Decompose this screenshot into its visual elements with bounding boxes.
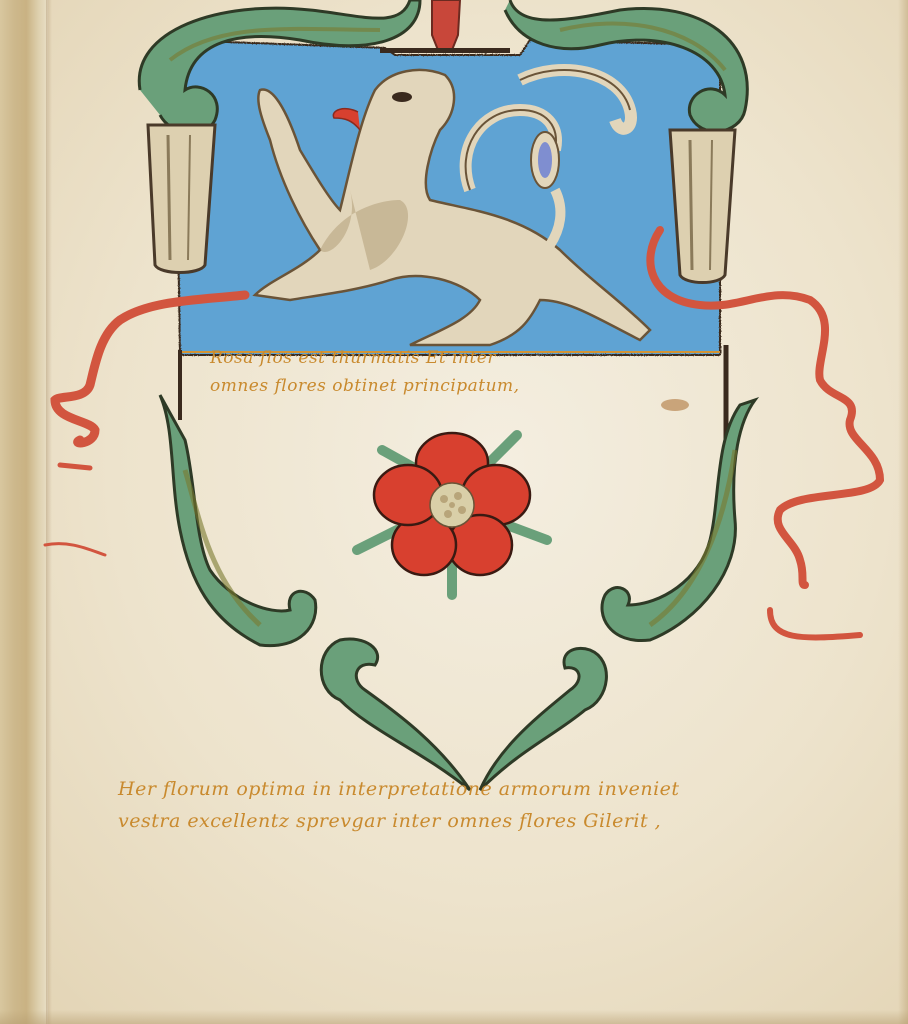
shield-motto-line-1: Rosa flos est thurmatis Et inter	[210, 348, 496, 368]
column-right	[670, 130, 735, 283]
bottom-legend-line-1: Her florum optima in interpretatione arm…	[118, 778, 680, 800]
manuscript-page: Rosa flos est thurmatis Et inter omnes f…	[0, 0, 908, 1024]
mantling-lower-left	[160, 395, 316, 646]
heraldic-illumination	[0, 0, 908, 1024]
rose	[357, 433, 547, 595]
crest-stem	[432, 0, 460, 50]
bottom-legend-line-2: vestra excellentz sprevgar inter omnes f…	[118, 810, 661, 832]
stain	[661, 399, 689, 411]
mantling-lower-right	[602, 400, 755, 641]
shield-motto-line-2: omnes flores obtinet principatum,	[210, 376, 520, 396]
column-left	[148, 125, 215, 273]
mantling-bottom	[321, 639, 606, 790]
